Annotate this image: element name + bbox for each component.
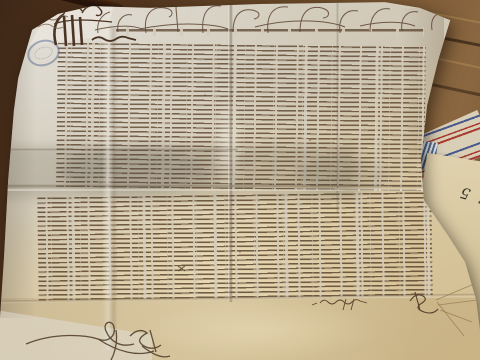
photo-of-parchment-charter: F 5: [0, 0, 480, 360]
signature-flourishes: [26, 322, 170, 360]
manuscript-parchment: [0, 0, 480, 360]
chancery-note: [312, 299, 367, 310]
parchment-scar: [436, 284, 478, 336]
ink-specks: [159, 59, 311, 253]
parchment-shadow-wrap: [0, 0, 480, 360]
cross-mark: [178, 266, 185, 271]
notarial-paraph: [410, 292, 438, 313]
first-line-flourishes: [95, 3, 444, 33]
ink-details: [0, 0, 480, 360]
